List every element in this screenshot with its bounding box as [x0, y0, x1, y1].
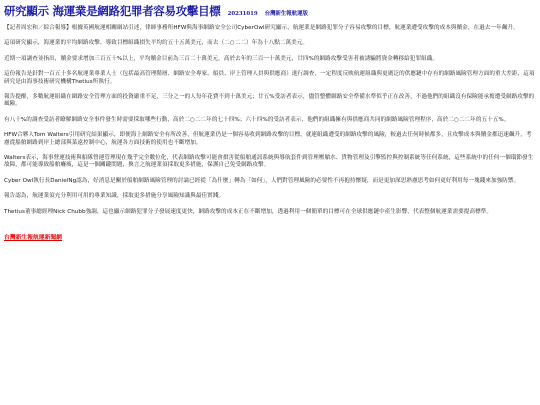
paragraph-4: 這份報告是針對一百五十多名航運業專業人士（包括最高管理階層、網路安全專家、船員、… — [4, 71, 536, 86]
article-body: 【記者周宏和／綜合報導】根據英國航運相關網站引述，律師事務所HFW與海事網路安全… — [4, 25, 536, 216]
article-date: 20231019 — [228, 11, 258, 17]
paragraph-6: 有八十%的調查受訪者瞭解網路安全事件發生時需要採取哪些行動，高於二○二二年的七十… — [4, 117, 536, 124]
paragraph-9: Cyber Owl執行長DanielNg認為，好消息是關於船舶網路風險管理的討論… — [4, 178, 536, 185]
article-header: 研究顯示 海運業是網路犯罪者容易攻擊目標 20231019 台灣新生報航運版 — [4, 3, 536, 21]
article-title: 研究顯示 海運業是網路犯罪者容易攻擊目標 — [4, 4, 221, 18]
article-source-tag: 台灣新生報航運版 — [265, 11, 308, 17]
news-site-link[interactable]: 台灣新生報航運新聞網 — [4, 232, 62, 241]
paragraph-10: 報告認為，航運業須充分利用可用的專業知識，採取更多措施分享風險知識與最佳實踐。 — [4, 193, 536, 200]
paragraph-5: 報告提醒，多數航運組織在網路安全管理方面的投資嚴重不足，三分之一的人每年花費不到… — [4, 94, 536, 109]
paragraph-1: 【記者周宏和／綜合報導】根據英國航運相關網站引述，律師事務所HFW與海事網路安全… — [4, 25, 536, 32]
paragraph-2: 這項研究顯示，海運業的平均網路攻擊，導致目標組織損失平均約五十五萬美元，而去（二… — [4, 40, 536, 47]
paragraph-11: Thetius董事總經理Nick Chubb強調，這也顯示網路犯罪分子發展速度更… — [4, 209, 536, 216]
paragraph-7: HFW合夥人Tom Walters引用研究結果顯示，即便海上網路安全有所改善，但… — [4, 132, 536, 147]
paragraph-3: 近期一項調查並指出，贖金要求增加三百五十%以上，平均贖金目前為三百二十萬美元，高… — [4, 56, 536, 63]
article-page: 研究顯示 海運業是網路犯罪者容易攻擊目標 20231019 台灣新生報航運版 【… — [0, 0, 540, 243]
paragraph-8: Walters表示，海事營運技術與船隊營運管理現在幾乎完全數位化，代表網路攻擊可… — [4, 155, 536, 170]
